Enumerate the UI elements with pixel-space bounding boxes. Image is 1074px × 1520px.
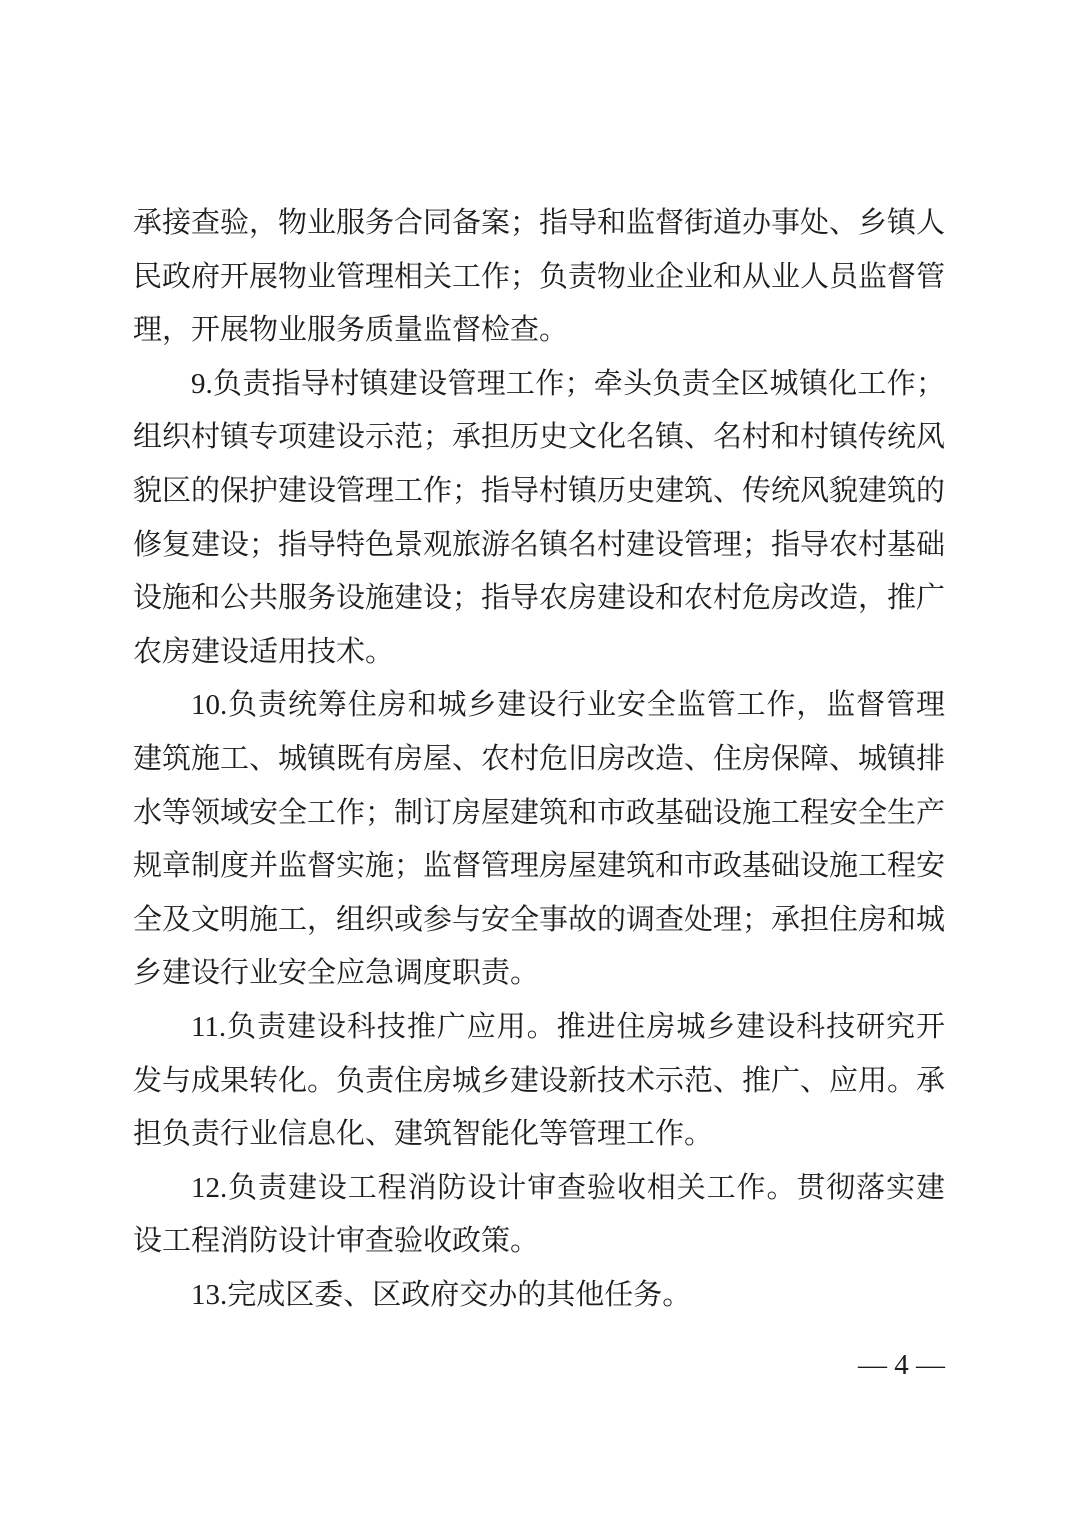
- paragraph-10: 10.负责统筹住房和城乡建设行业安全监管工作，监督管理建筑施工、城镇既有房屋、农…: [133, 679, 945, 1001]
- paragraph-12: 12.负责建设工程消防设计审查验收相关工作。贯彻落实建设工程消防设计审查验收政策…: [133, 1162, 945, 1269]
- paragraph-9: 9.负责指导村镇建设管理工作；牵头负责全区城镇化工作；组织村镇专项建设示范；承担…: [133, 358, 945, 680]
- page-number: — 4 —: [858, 1348, 945, 1382]
- document-page: 承接查验，物业服务合同备案；指导和监督街道办事处、乡镇人民政府开展物业管理相关工…: [0, 0, 1074, 1520]
- document-body: 承接查验，物业服务合同备案；指导和监督街道办事处、乡镇人民政府开展物业管理相关工…: [133, 197, 945, 1322]
- paragraph-13: 13.完成区委、区政府交办的其他任务。: [133, 1269, 945, 1323]
- paragraph-11: 11.负责建设科技推广应用。推进住房城乡建设科技研究开发与成果转化。负责住房城乡…: [133, 1001, 945, 1162]
- paragraph-8-continuation: 承接查验，物业服务合同备案；指导和监督街道办事处、乡镇人民政府开展物业管理相关工…: [133, 197, 945, 358]
